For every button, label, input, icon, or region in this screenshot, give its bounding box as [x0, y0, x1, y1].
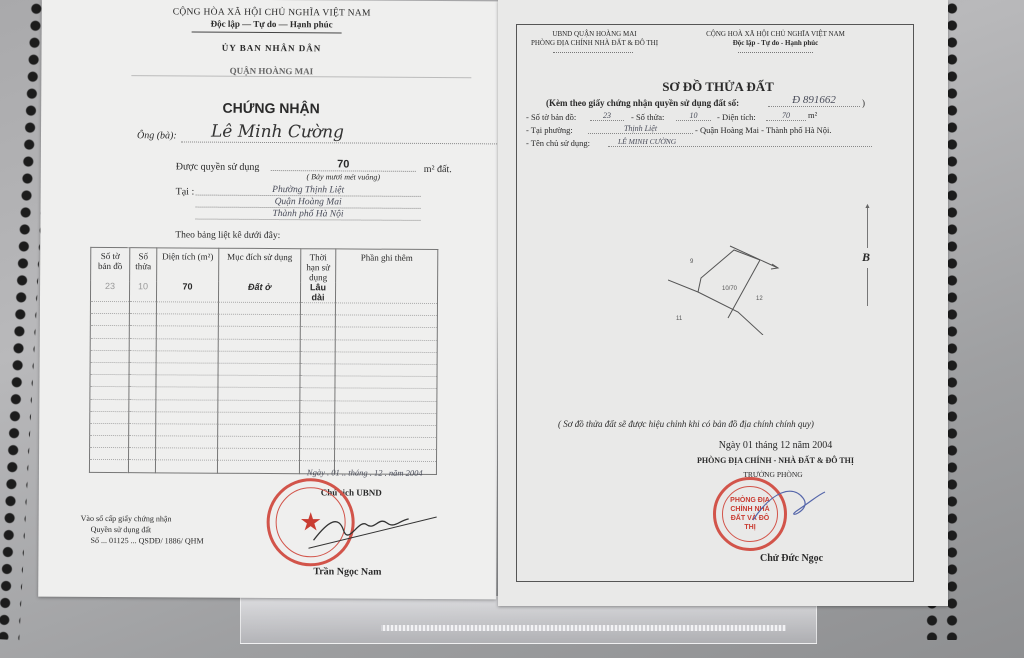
- table-cell: [156, 436, 218, 449]
- table-cell: [335, 400, 437, 413]
- table-cell: [218, 424, 300, 437]
- table-cell: [335, 449, 437, 462]
- col-map-sheet: Số tờ bản đồ: [91, 247, 130, 281]
- table-cell: [90, 435, 129, 447]
- table-cell: [335, 364, 437, 377]
- table-cell: [129, 436, 156, 448]
- svg-text:9: 9: [690, 259, 694, 265]
- attached-close: ): [862, 98, 865, 108]
- table-cell: [90, 314, 129, 326]
- table-cell: [217, 461, 299, 474]
- signer-name: Trần Ngọc Nam: [313, 566, 381, 577]
- certificate-date: Ngày . 01 .. tháng . 12 . năm 2004: [307, 467, 423, 478]
- location-district: Quận Hoàng Mai: [196, 197, 421, 209]
- ward-label: - Tại phường:: [526, 125, 573, 135]
- table-cell: [300, 449, 335, 461]
- table-cell: [90, 375, 129, 387]
- national-header-right: CỘNG HOÀ XÃ HỘI CHỦ NGHĨA VIỆT NAM: [688, 30, 863, 38]
- header-divider: [192, 32, 342, 34]
- certificate-page: CỘNG HÒA XÃ HỘI CHỦ NGHĨA VIỆT NAM Độc l…: [38, 0, 500, 599]
- north-arrow-icon: ▲: [864, 202, 871, 210]
- table-cell: [335, 282, 437, 303]
- table-cell: [335, 327, 437, 340]
- col-duration: Thời hạn sử dụng: [301, 249, 336, 283]
- issuer: ỦY BAN NHÂN DÂN: [162, 42, 382, 53]
- registry-number: Số ... 01125 ... QSDĐ/ 1886/ QHM: [90, 536, 203, 546]
- table-cell: [129, 387, 156, 399]
- table-cell: [156, 375, 218, 388]
- table-cell: [129, 350, 156, 362]
- area-value: 70: [271, 158, 416, 172]
- table-cell: [90, 301, 129, 313]
- location-label: Tại :: [176, 186, 195, 197]
- table-cell: [300, 315, 335, 327]
- area-words: ( Bảy mươi mét vuông): [271, 172, 416, 182]
- plot-date: Ngày 01 tháng 12 năm 2004: [693, 440, 858, 451]
- signature-chairman: [308, 510, 438, 551]
- col-purpose: Mục đích sử dụng: [219, 248, 301, 282]
- table-cell: [300, 339, 335, 351]
- ward-value: Thịnh Liệt: [588, 124, 693, 134]
- north-arrow-line-bottom: [867, 268, 868, 306]
- area-label: - Diện tích:: [717, 112, 756, 122]
- table-cell: [300, 351, 335, 363]
- registry-line-2: Quyền sử dụng đất: [91, 525, 152, 534]
- owner-label: Ông (bà):: [137, 130, 177, 141]
- sheet-value: 23: [590, 111, 624, 121]
- table-cell: [156, 326, 218, 339]
- table-cell: [218, 302, 300, 315]
- table-cell: [300, 364, 335, 376]
- parcel-value: 10: [676, 111, 711, 121]
- parcel-label-sketch: 10/70: [722, 286, 738, 292]
- north-label: B: [862, 250, 870, 265]
- col-parcel: Số thửa: [130, 248, 157, 282]
- table-cell: [129, 411, 156, 423]
- table-cell: [90, 338, 129, 350]
- table-cell: [300, 412, 335, 424]
- table-cell: [218, 412, 300, 425]
- plot-sketch: 10/70 9 12 11: [668, 240, 808, 335]
- table-cell: [335, 388, 437, 401]
- table-cell: [300, 388, 335, 400]
- table-cell: [90, 423, 129, 435]
- table-cell: Đất ở: [218, 282, 300, 303]
- table-cell: Lâu dài: [300, 282, 335, 303]
- table-cell: [129, 399, 156, 411]
- table-cell: [335, 303, 437, 316]
- table-cell: [155, 460, 217, 473]
- table-cell: [218, 436, 300, 449]
- area-unit: m²: [808, 110, 817, 120]
- plot-office: PHÒNG ĐỊA CHÍNH - NHÀ ĐẤT & ĐÔ THỊ: [678, 456, 873, 465]
- table-cell: [300, 437, 335, 449]
- table-cell: [156, 411, 218, 424]
- table-cell: [156, 399, 218, 412]
- table-cell: [89, 460, 128, 472]
- table-cell: [335, 413, 437, 426]
- table-cell: [129, 314, 156, 326]
- table-cell: [335, 315, 437, 328]
- list-intro: Theo bảng liệt kê dưới đây:: [175, 230, 280, 241]
- table-cell: [128, 460, 155, 472]
- table-cell: [300, 327, 335, 339]
- table-cell: [156, 302, 218, 315]
- motto-divider: [738, 52, 813, 53]
- table-cell: [218, 327, 300, 340]
- table-cell: [129, 326, 156, 338]
- table-cell: [90, 387, 129, 399]
- district-rule: [131, 75, 471, 78]
- table-cell: 10: [129, 281, 156, 302]
- table-cell: [335, 437, 437, 450]
- location-ward: Phường Thịnh Liệt: [196, 185, 421, 197]
- table-cell: [156, 363, 218, 376]
- plot-map-page: UBND QUẬN HOÀNG MAI PHÒNG ĐỊA CHÍNH NHÀ …: [498, 0, 948, 606]
- right-label: Được quyền sử dụng: [176, 161, 260, 173]
- table-cell: [129, 302, 156, 314]
- user-value: LÊ MINH CƯỜNG: [608, 137, 872, 147]
- table-cell: [300, 425, 335, 437]
- table-cell: [300, 303, 335, 315]
- table-cell: [156, 314, 218, 327]
- area-unit: m² đất.: [424, 164, 452, 175]
- certificate-title: CHỨNG NHẬN: [161, 99, 381, 116]
- plot-note: ( Sơ đồ thửa đất sẽ được hiệu chỉnh khi …: [558, 419, 814, 429]
- table-cell: [156, 387, 218, 400]
- motto-right: Độc lập - Tự do - Hạnh phúc: [688, 39, 863, 47]
- location-city: Thành phố Hà Nội: [195, 209, 420, 221]
- office-divider: [553, 52, 633, 53]
- table-cell: [218, 339, 300, 352]
- table-cell: [90, 411, 129, 423]
- table-cell: [156, 424, 218, 437]
- attached-label: (Kèm theo giấy chứng nhận quyền sử dụng …: [546, 98, 739, 108]
- table-cell: [218, 351, 300, 364]
- table-cell: [129, 448, 156, 460]
- parcel-label: - Số thửa:: [631, 112, 664, 122]
- svg-text:11: 11: [676, 316, 683, 322]
- table-cell: [90, 326, 129, 338]
- table-cell: 70: [156, 281, 218, 302]
- registry-line-1: Vào sổ cấp giấy chứng nhận: [81, 514, 172, 524]
- table-cell: [90, 448, 129, 460]
- motto: Độc lập — Tự do — Hạnh phúc: [162, 18, 382, 29]
- table-cell: [90, 362, 129, 374]
- svg-text:12: 12: [756, 296, 763, 302]
- signature-head: [743, 480, 833, 535]
- office-header-1: UBND QUẬN HOÀNG MAI: [522, 30, 667, 38]
- table-cell: [300, 376, 335, 388]
- table-cell: [218, 400, 300, 413]
- north-arrow-line-top: [867, 206, 868, 248]
- table-cell: [129, 338, 156, 350]
- office-header-2: PHÒNG ĐỊA CHÍNH NHÀ ĐẤT & ĐÔ THỊ: [522, 39, 667, 47]
- table-cell: [335, 425, 437, 438]
- table-row: 231070Đất ởLâu dài: [90, 281, 437, 304]
- table-cell: [156, 448, 218, 461]
- owner-name: Lê Minh Cường: [181, 121, 501, 144]
- table-cell: [156, 351, 218, 364]
- table-cell: [129, 424, 156, 436]
- table-cell: [156, 338, 218, 351]
- sheet-label: - Số tờ bản đồ:: [526, 112, 576, 122]
- table-cell: [129, 363, 156, 375]
- table-cell: [300, 400, 335, 412]
- col-area: Diện tích (m²): [157, 248, 219, 282]
- table-cell: [90, 399, 129, 411]
- national-header: CỘNG HÒA XÃ HỘI CHỦ NGHĨA VIỆT NAM: [162, 7, 382, 18]
- table-cell: [218, 448, 300, 461]
- table-cell: [335, 376, 437, 389]
- ward-suffix: - Quận Hoàng Mai - Thành phố Hà Nội.: [695, 125, 832, 135]
- col-notes: Phần ghi thêm: [336, 249, 438, 283]
- table-cell: [218, 375, 300, 388]
- plot-role: TRƯỞNG PHÒNG: [718, 470, 828, 479]
- plot-signer-name: Chử Đức Ngọc: [760, 553, 823, 564]
- table-cell: [218, 363, 300, 376]
- table-cell: [90, 350, 129, 362]
- table-cell: [335, 352, 437, 365]
- plot-map-title: SƠ ĐỒ THỬA ĐẤT: [598, 79, 838, 95]
- land-parcel-table: Số tờ bản đồ Số thửa Diện tích (m²) Mục …: [89, 247, 438, 475]
- area-value: 70: [766, 111, 806, 121]
- attached-certificate-no: Đ 891662: [768, 94, 860, 107]
- table-cell: [218, 388, 300, 401]
- table-cell: [335, 339, 437, 352]
- table-cell: 23: [90, 281, 129, 302]
- table-cell: [129, 375, 156, 387]
- user-label: - Tên chủ sử dụng:: [526, 138, 590, 148]
- table-cell: [218, 314, 300, 327]
